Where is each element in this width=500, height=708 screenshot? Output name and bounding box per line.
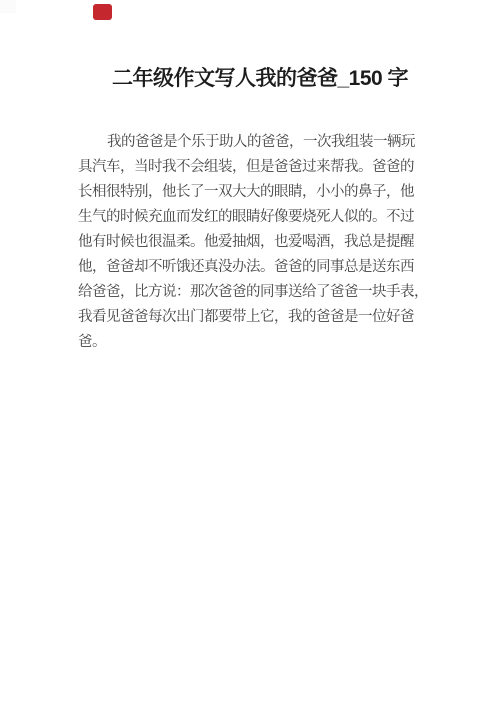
essay-line: 给爸爸，比方说：那次爸爸的同事送给了爸爸一块手表， (78, 280, 434, 305)
essay-body: 我的爸爸是个乐于助人的爸爸，一次我组装一辆玩 具汽车，当时我不会组装，但是爸爸过… (78, 130, 434, 355)
essay-line: 具汽车，当时我不会组装，但是爸爸过来帮我。爸爸的 (78, 155, 434, 180)
essay-line: 他，爸爸却不听饿还真没办法。爸爸的同事总是送东西 (78, 255, 434, 280)
essay-line: 他有时候也很温柔。他爱抽烟，也爱喝酒，我总是提醒 (78, 230, 434, 255)
red-marker-badge (93, 4, 112, 20)
essay-line: 生气的时候充血而发红的眼睛好像要烧死人似的。不过 (78, 205, 434, 230)
essay-line: 爸。 (78, 330, 434, 355)
essay-line: 我看见爸爸每次出门都要带上它，我的爸爸是一位好爸 (78, 305, 434, 330)
corner-artifact (0, 0, 16, 13)
document-page: 二年级作文写人我的爸爸_150 字 我的爸爸是个乐于助人的爸爸，一次我组装一辆玩… (0, 0, 500, 708)
page-title: 二年级作文写人我的爸爸_150 字 (0, 62, 500, 92)
essay-line: 长相很特别，他长了一双大大的眼睛，小小的鼻子，他 (78, 180, 434, 205)
essay-line: 我的爸爸是个乐于助人的爸爸，一次我组装一辆玩 (78, 130, 434, 155)
